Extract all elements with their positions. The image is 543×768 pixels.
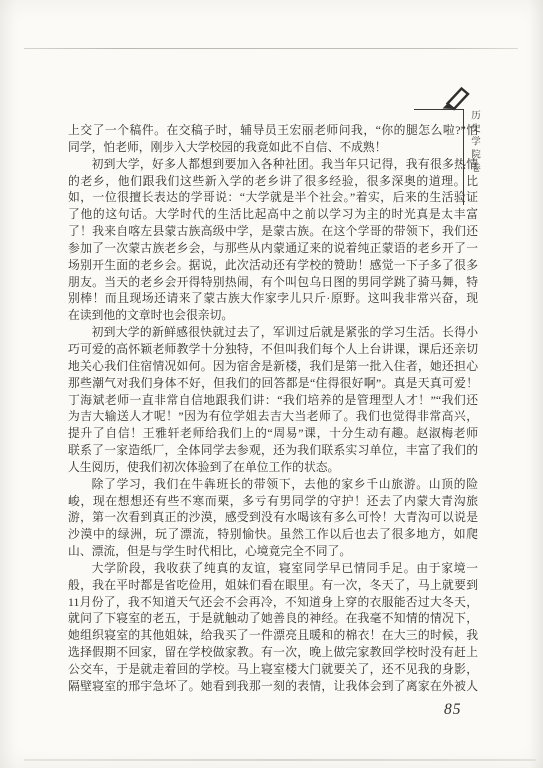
- text-block: 上交了一个稿件。在交稿子时，辅导员王宏丽老师问我，“你的腿怎么啦?”怕同学，怕老…: [68, 122, 478, 695]
- text-line: 上交了一个稿件。在交稿子时，辅导员王宏丽老师问我，“你的腿怎么啦?”怕: [68, 122, 478, 139]
- page-left-edge-shade: [0, 0, 16, 768]
- page-right-edge-shade: [529, 0, 543, 768]
- text-line: 地关心我们住宿情况如何。因为宿舍是新楼，我们是第一批入住者，她还担心: [68, 358, 478, 375]
- text-line: 参加了一次蒙古族老乡会，与那些从内蒙通辽来的说着纯正蒙语的老乡开了一: [68, 240, 478, 257]
- text-line: 在读到他的文章时也会很亲切。: [68, 307, 478, 324]
- text-line: 如，一位很擅长表达的学哥说：“大学就是半个社会。”着实，后来的生活验证: [68, 189, 478, 206]
- text-line: 的老乡，他们跟我们这些新入学的老乡讲了很多经验，很多深奥的道理。比: [68, 173, 478, 190]
- text-line: 般，我在平时都是省吃俭用，姐妹们看在眼里。有一次，冬天了，马上就要到: [68, 577, 478, 594]
- text-line: 提升了自信！王雅轩老师给我们上的“周易”课，十分生动有趣。赵淑梅老师: [68, 425, 478, 442]
- text-line: 11月份了，我不知道天气还会不会再冷，不知道身上穿的衣服能否过大冬天，: [68, 594, 478, 611]
- book-page: { "page": { "number": "85", "side_label"…: [0, 0, 543, 768]
- text-line: 除了学习，我们在牛犇班长的带领下，去他的家乡千山旅游。山顶的险: [68, 476, 478, 493]
- text-line: 初到大学的新鲜感很快就过去了，军训过后就是紧张的学习生活。长得小: [68, 324, 478, 341]
- text-line: 朋友。当天的老乡会开得特别热闹，有个叫包乌日图的男同学跳了骑马舞，特: [68, 274, 478, 291]
- text-line: 公交车，于是就走着回的学校。马上寝室楼大门就要关了，还不见我的身影，: [68, 661, 478, 678]
- text-line: 那些潮气对我们身体不好，但我们的回答都是“住得很好啊”。真是天真可爱！: [68, 375, 478, 392]
- text-line: 巧可爱的高怀颖老师教学十分独特，不但叫我们每个人上台讲课，课后还亲切: [68, 341, 478, 358]
- text-line: 人生阅历，使我们初次体验到了在单位工作的状态。: [68, 459, 478, 476]
- text-line: 峻，现在想想还有些不寒而栗，多亏有男同学的守护！还去了内蒙大青沟旅: [68, 493, 478, 510]
- text-line: 丁海斌老师一直非常自信地跟我们讲：“我们培养的是管理型人才！”“我们还: [68, 392, 478, 409]
- page-number: 85: [444, 701, 462, 719]
- text-line: 大学阶段，我收获了纯真的友谊，寝室同学早已情同手足。由于家境一: [68, 560, 478, 577]
- page-bottom-edge: [24, 759, 536, 761]
- text-line: 隔壁寝室的邢宇急坏了。她看到我那一刻的表情，让我体会到了离家在外被人: [68, 678, 478, 695]
- text-line: 山、漂流，但是与学生时代相比，心境竟完全不同了。: [68, 543, 478, 560]
- page-top-edge: [24, 48, 518, 49]
- text-line: 初到大学，好多人都想到要加入各种社团。我当年只记得，我有很多热情: [68, 156, 478, 173]
- text-line: 联系了一家造纸厂，全体同学去参观，还为我们联系实习单位，丰富了我们的: [68, 442, 478, 459]
- text-line: 别棒！而且现场还请来了蒙古族大作家孛儿只斤·原野。这叫我非常兴奋，现: [68, 290, 478, 307]
- text-line: 了他的这句话。大学时代的生活比起高中之前以学习为主的时光真是太丰富: [68, 206, 478, 223]
- text-line: 为吉大输送人才呢！”因为有位学姐去吉大当老师了。我们也觉得非常高兴，: [68, 408, 478, 425]
- text-line: 就问了下寝室的老五，于是就触动了她善良的神经。在我毫不知情的情况下，: [68, 610, 478, 627]
- text-line: 场别开生面的老乡会。据说，此次活动还有学校的赞助！感觉一下子多了很多: [68, 257, 478, 274]
- text-line: 游，第一次看到真正的沙漠，感受到没有水喝该有多么可怜！大青沟可以说是: [68, 509, 478, 526]
- text-line: 同学，怕老师，刚步入大学校园的我竟如此不自信、不成熟！: [68, 139, 478, 156]
- text-line: 选择假期不回家，留在学校做家教。有一次，晚上做完家教回学校时没有赶上: [68, 644, 478, 661]
- corner-rule-horizontal: [414, 109, 464, 110]
- text-line: 了！我来自喀左县蒙古族高级中学，是蒙古族。在这个学哥的带领下，我们还: [68, 223, 478, 240]
- text-line: 沙漠中的绿洲，玩了漂流，特别愉快。虽然工作以后也去了很多地方，如爬: [68, 526, 478, 543]
- pen-icon: [439, 85, 471, 111]
- text-line: 她组织寝室的其他姐妹，给我买了一件漂亮且暖和的棉衣！在大三的时候，我: [68, 627, 478, 644]
